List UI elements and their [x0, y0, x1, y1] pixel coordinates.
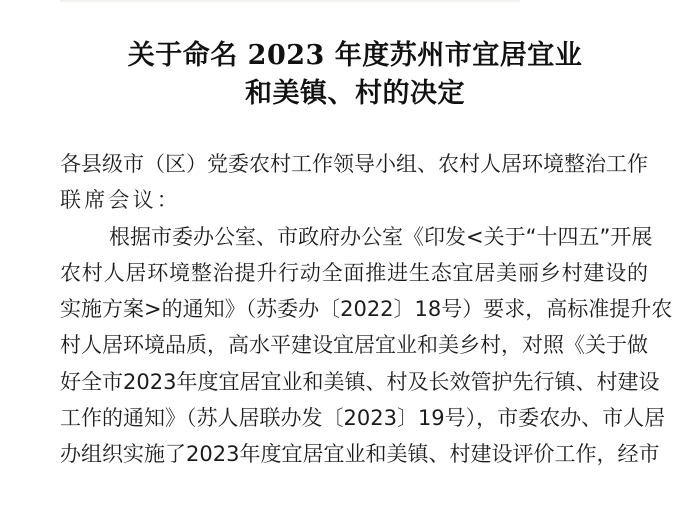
- salutation-line-1: 各县级市（区）党委农村工作领导小组、农村人居环境整治工作: [60, 150, 648, 186]
- page-edge-divider: [60, 0, 520, 2]
- paragraph-1-line-6: 工作的通知》（苏人居联办发〔2023〕19号），市委农办、市人居: [60, 404, 648, 440]
- paragraph-1-line-4: 村人居环境品质，高水平建设宜居宜业和美乡村，对照《关于做: [60, 331, 648, 367]
- document-title-line-1: 关于命名 2023 年度苏州市宜居宜业: [0, 38, 693, 74]
- paragraph-1-line-5: 好全市2023年度宜居宜业和美镇、村及长效管护先行镇、村建设: [60, 368, 648, 404]
- paragraph-1-line-7: 办组织实施了2023年度宜居宜业和美镇、村建设评价工作，经市: [60, 440, 648, 476]
- salutation-line-2: 联席会议：: [60, 186, 648, 222]
- paragraph-1-line-2: 农村人居环境整治提升行动全面推进生态宜居美丽乡村建设的: [60, 259, 648, 295]
- paragraph-1-line-1: 根据市委办公室、市政府办公室《印发<关于“十四五”开展: [60, 223, 648, 259]
- paragraph-1-line-3: 实施方案>的通知》（苏委办〔2022〕18号）要求，高标准提升农: [60, 295, 648, 331]
- document-page: 关于命名 2023 年度苏州市宜居宜业 和美镇、村的决定 各县级市（区）党委农村…: [0, 0, 693, 520]
- document-title-line-2: 和美镇、村的决定: [0, 76, 693, 112]
- document-body: 各县级市（区）党委农村工作领导小组、农村人居环境整治工作 联席会议： 根据市委办…: [60, 150, 648, 477]
